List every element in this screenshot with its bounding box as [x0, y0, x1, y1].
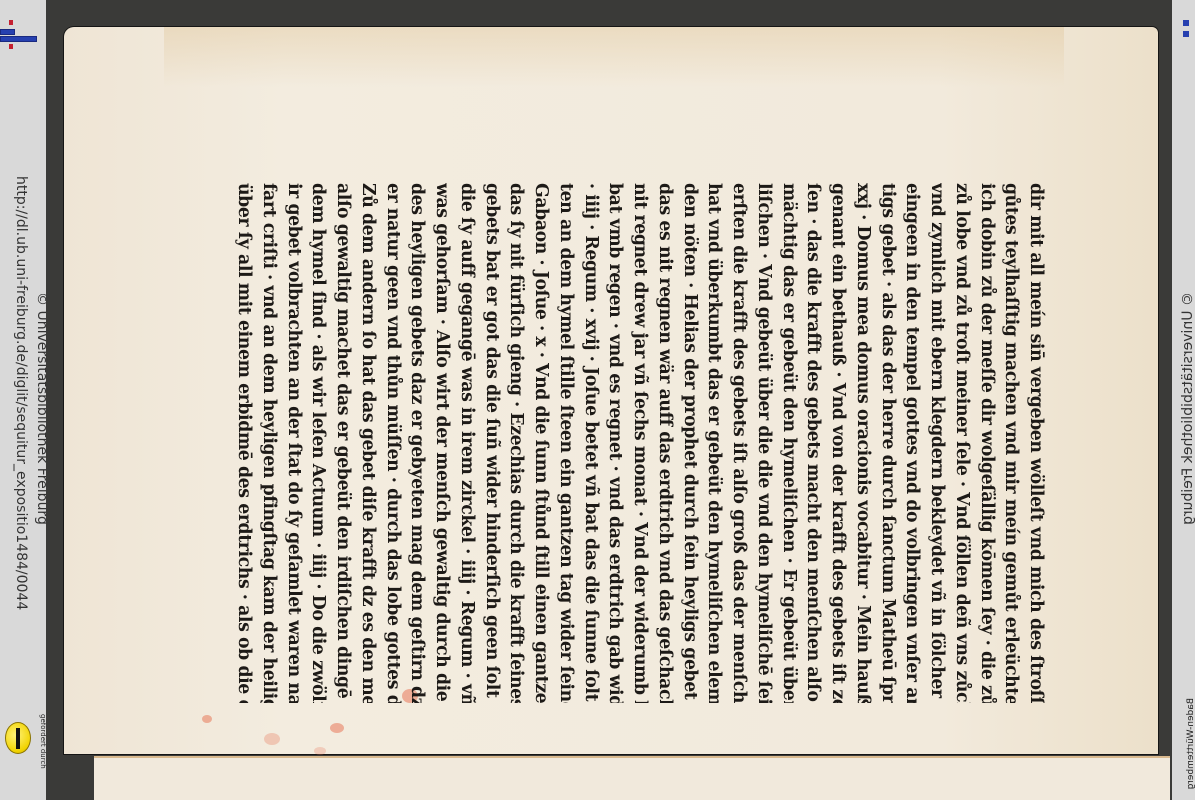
text-line: zů lobe vnd zů troſt meiner ſele · Vnd ſ… [950, 183, 976, 703]
text-line: den nöten · Helias der prophet durch ſei… [678, 183, 704, 703]
red-ink-stain [264, 733, 280, 745]
permalink-url[interactable]: http://dl.ub.uni-freiburg.de/diglit/sequ… [13, 176, 29, 610]
rotated-text-block: dir mit all meín sin̄ vergeben wölleſt v… [232, 183, 1050, 703]
text-line: ten an dem hymel ſtille ſteen ein gantze… [554, 183, 580, 703]
text-line-content: eingeen in den tempel gottes vnd do volb… [902, 183, 922, 703]
text-line-content: Gabaon · Joſue · x · Vnd die ſunn ſtůnd … [531, 183, 551, 703]
text-line: alſo gewaltig machet das er gebeüt den i… [331, 183, 357, 703]
text-line: des heyligen gebets daz er gebyeten mag … [405, 183, 431, 703]
text-line: ich dobin zů der meſſe dir wolgeſällig k… [975, 183, 1001, 703]
text-line-content: genant ein bethauß · Vnd von der krafft … [828, 183, 848, 703]
text-line-content: nit regnet drew jar vñ ſechs monat · Vnd… [630, 183, 650, 703]
red-ink-stain [202, 715, 212, 723]
text-line: er natur geen vnd thůn müſſen · durch da… [381, 183, 407, 703]
text-line: das ſy nit fürſich gieng · Ezechias durc… [504, 183, 530, 703]
text-line: ſen · das die krafft des gebets macht de… [801, 183, 827, 703]
logo-fragment-icon [1183, 31, 1189, 37]
text-line: gůtes teylhaſſtig machen vnd mir meín ge… [999, 183, 1025, 703]
text-line-content: ſen · das die krafft des gebets macht de… [803, 183, 823, 703]
red-ink-stain [330, 723, 344, 733]
text-line-content: ir gebet volbrachten an der ſtat do ſy g… [284, 183, 304, 703]
text-line-content: Zů dem andern ſo hat das gebet diſe kraf… [358, 183, 378, 703]
page-stain [164, 27, 1064, 87]
red-ink-stain [314, 747, 326, 755]
text-line: hat vnd überkumbt das er gebeüt den hyme… [702, 183, 728, 703]
text-line-content: gebets bat er got das die ſuñ wider hind… [482, 183, 502, 703]
text-line-content: tigs gebet · als das der herre durch ſan… [878, 183, 898, 703]
text-line-content: alſo gewaltig machet das er gebeüt den i… [333, 183, 353, 703]
text-line-content: zů lobe vnd zů troſt meiner ſele · Vnd ſ… [952, 183, 972, 703]
text-line: gebets bat er got das die ſuñ wider hind… [480, 183, 506, 703]
text-line-content: den nöten · Helias der prophet durch ſei… [680, 183, 700, 703]
text-line-content: erſten die krafft des gebets iſt alſo gr… [729, 183, 749, 703]
text-line: das es nit regnen wär auff das erdtrich … [653, 183, 679, 703]
text-line-content: dem hymel ſind · als wir leſen Actuum · … [308, 183, 328, 703]
text-line: dir mit all meín sin̄ vergeben wölleſt v… [1024, 183, 1050, 703]
text-line-content: gůtes teylhaſſtig machen vnd mir meín ge… [1001, 183, 1021, 703]
text-line-content: dir mit all meín sin̄ vergeben wölleſt v… [1026, 183, 1046, 703]
text-line-content: das es nit regnen wär auff das erdtrich … [655, 183, 675, 703]
viewer-left-strip: http://dl.ub.uni-freiburg.de/diglit/sequ… [0, 0, 46, 800]
text-line-content: · iiij · Regum · xvij · Joſue betet vñ b… [581, 183, 601, 703]
text-line: nit regnet drew jar vñ ſechs monat · Vnd… [628, 183, 654, 703]
text-line-content: mächtig das er gebeüt den hymeliſchen · … [779, 183, 799, 703]
text-line-content: hat vnd überkumbt das er gebeüt den hyme… [704, 183, 724, 703]
text-line-content: ich dobin zů der meſſe dir wolgeſällig k… [977, 183, 997, 703]
text-line-content: fart criſti · vnd an dem heyligen pfingſ… [259, 183, 279, 703]
text-line-content: über ſy all mit einem erbidmē des erdtri… [234, 183, 254, 703]
text-line-content: er natur geen vnd thůn müſſen · durch da… [383, 183, 403, 703]
logo-fragment-icon [1183, 20, 1189, 26]
text-line-content: bat vmb regen · vnd es regnet · vnd das … [605, 183, 625, 703]
underlying-page [94, 756, 1170, 800]
text-line: liſchen · Vnd gebeüt über die die vnd de… [752, 183, 778, 703]
text-line-content: liſchen · Vnd gebeüt über die die vnd de… [754, 183, 774, 703]
text-line: · iiij · Regum · xvij · Joſue betet vñ b… [579, 183, 605, 703]
library-logo-icon [0, 14, 36, 50]
mirrored-funder: Baden-Württemberg [1186, 698, 1195, 789]
text-line: Gabaon · Joſue · x · Vnd die ſunn ſtůnd … [529, 183, 555, 703]
text-line: dem hymel ſind · als wir leſen Actuum · … [306, 183, 332, 703]
text-line-content: des heyligen gebets daz er gebyeten mag … [407, 183, 427, 703]
text-line-content: die ſy auff gegangē was in irem zirckel … [457, 183, 477, 703]
text-line: fart criſti · vnd an dem heyligen pfingſ… [257, 183, 283, 703]
text-line-content: das ſy nit fürſich gieng · Ezechias durc… [506, 183, 526, 703]
text-line: Zů dem andern ſo hat das gebet diſe kraf… [356, 183, 382, 703]
text-line-content: ten an dem hymel ſtille ſteen ein gantze… [556, 183, 576, 703]
text-line-content: xxj · Domus mea domus oracionis vocabitu… [853, 183, 873, 703]
text-line: die ſy auff gegangē was in irem zirckel … [455, 183, 481, 703]
text-line: vnd zymlich mit ebern klegdern bekleydet… [925, 183, 951, 703]
text-line: erſten die krafft des gebets iſt alſo gr… [727, 183, 753, 703]
text-line-content: vnd zymlich mit ebern klegdern bekleydet… [927, 183, 947, 703]
text-line: genant ein bethauß · Vnd von der krafft … [826, 183, 852, 703]
text-line: bat vmb regen · vnd es regnet · vnd das … [603, 183, 629, 703]
text-line: xxj · Domus mea domus oracionis vocabitu… [851, 183, 877, 703]
baden-wuerttemberg-arms-icon [5, 722, 31, 754]
text-line: eingeen in den tempel gottes vnd do volb… [900, 183, 926, 703]
text-line: tigs gebet · als das der herre durch ſan… [876, 183, 902, 703]
text-line: über ſy all mit einem erbidmē des erdtri… [232, 183, 258, 703]
text-line: ir gebet volbrachten an der ſtat do ſy g… [282, 183, 308, 703]
text-line-content: was gehorſam · Alſo wirt der menſch gewa… [432, 183, 452, 703]
text-line: mächtig das er gebeüt den hymeliſchen · … [777, 183, 803, 703]
mirrored-copyright: © Universitätsbibliothek Freiburg [1180, 292, 1195, 525]
text-line: was gehorſam · Alſo wirt der menſch gewa… [430, 183, 456, 703]
